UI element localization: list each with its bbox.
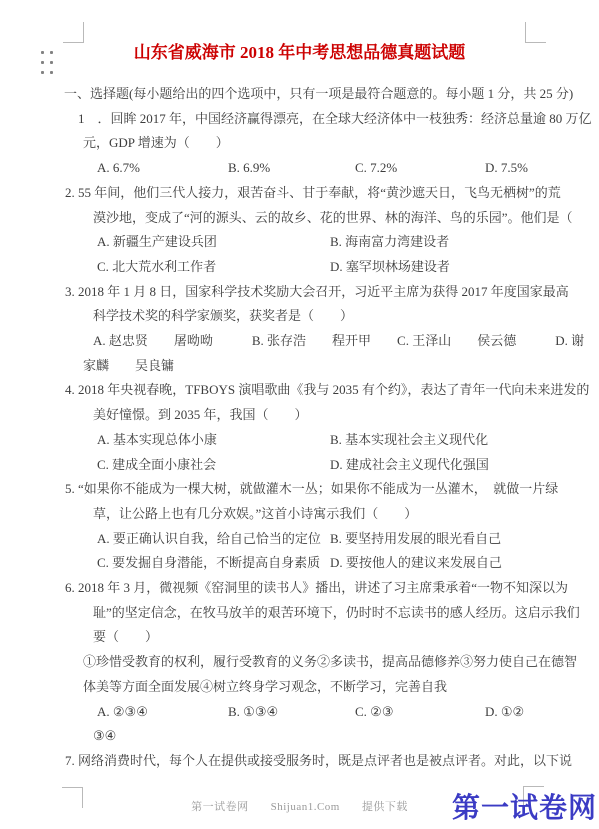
- option-item: D. 7.5%: [485, 156, 528, 181]
- text-line: 4. 2018 年央视春晚，TFBOYS 演唱歌曲《我与 2035 有个约》，表…: [65, 378, 538, 403]
- text-boundary-mark-top-right: [525, 22, 546, 43]
- text-line: 科学技术奖的科学家颁奖，获奖者是（ ）: [93, 304, 538, 329]
- text-line: ③④: [93, 724, 538, 749]
- options-row: A. 基本实现总体小康B. 基本实现社会主义现代化: [97, 428, 538, 453]
- option-item: C. 北大荒水利工作者: [97, 255, 330, 280]
- text-line: 6. 2018 年 3 月，微视频《窑洞里的读书人》播出，讲述了习主席秉承着“一…: [65, 576, 538, 601]
- option-item: C. ②③: [355, 700, 485, 725]
- text-boundary-mark-bottom-left: [62, 787, 83, 808]
- text-line: 美好憧憬。到 2035 年，我国（ ）: [93, 403, 538, 428]
- option-item: B. 海南富力湾建设者: [330, 230, 449, 255]
- option-item: B. ①③④: [228, 700, 355, 725]
- option-item: C. 建成全面小康社会: [97, 453, 330, 478]
- options-row: C. 北大荒水利工作者D. 塞罕坝林场建设者: [97, 255, 538, 280]
- text-line: 体美等方面全面发展④树立终身学习观念，不断学习，完善自我: [83, 675, 538, 700]
- document-page: 山东省威海市 2018 年中考思想品德真题试题 一、选择题(每小题给出的四个选项…: [0, 0, 599, 829]
- footer-site-url[interactable]: Shijuan1.Com: [271, 801, 340, 813]
- option-item: B. 6.9%: [228, 156, 355, 181]
- option-item: A. 要正确认识自我，给自己恰当的定位: [97, 527, 330, 552]
- options-row: A. 要正确认识自我，给自己恰当的定位B. 要坚持用发展的眼光看自己: [97, 527, 538, 552]
- options-row: A. ②③④B. ①③④C. ②③D. ①②: [97, 700, 538, 725]
- option-item: C. 7.2%: [355, 156, 485, 181]
- footer-download-note: 提供下载: [362, 801, 408, 813]
- option-item: D. ①②: [485, 700, 524, 725]
- option-item: A. 基本实现总体小康: [97, 428, 330, 453]
- option-item: B. 基本实现社会主义现代化: [330, 428, 488, 453]
- drag-handle-icon[interactable]: [41, 51, 53, 74]
- text-line: 草，让公路上也有几分欢娱。”这首小诗寓示我们（ ）: [93, 502, 538, 527]
- text-line: 一、选择题(每小题给出的四个选项中，只有一项是最符合题意的。每小题 1 分，共 …: [64, 82, 538, 107]
- text-line: 家麟 吴良镛: [83, 354, 538, 379]
- option-item: A. ②③④: [97, 700, 228, 725]
- option-item: A. 新疆生产建设兵团: [97, 230, 330, 255]
- option-item: C. 要发掘自身潜能，不断提高自身素质: [97, 551, 330, 576]
- options-row: C. 建成全面小康社会D. 建成社会主义现代化强国: [97, 453, 538, 478]
- text-line: 元，GDP 增速为（ ）: [83, 131, 538, 156]
- page-title: 山东省威海市 2018 年中考思想品德真题试题: [0, 42, 599, 64]
- options-row: A. 6.7%B. 6.9%C. 7.2%D. 7.5%: [97, 156, 538, 181]
- text-boundary-mark-top-left: [63, 22, 84, 43]
- options-row: C. 要发掘自身潜能，不断提高自身素质D. 要按他人的建议来发展自己: [97, 551, 538, 576]
- text-line: 漠沙地，变成了“河的源头、云的故乡、花的世界、林的海洋、鸟的乐园”。他们是（ ）: [93, 206, 538, 231]
- text-line: 5. “如果你不能成为一棵大树，就做灌木一丛；如果你不能成为一丛灌木， 就做一片…: [65, 477, 538, 502]
- footer-site-name: 第一试卷网: [191, 801, 249, 813]
- site-logo: 第一试卷网: [452, 786, 597, 826]
- exam-body: 一、选择题(每小题给出的四个选项中，只有一项是最符合题意的。每小题 1 分，共 …: [64, 82, 538, 774]
- option-item: D. 要按他人的建议来发展自己: [330, 551, 502, 576]
- options-row: A. 新疆生产建设兵团B. 海南富力湾建设者: [97, 230, 538, 255]
- option-item: D. 建成社会主义现代化强国: [330, 453, 489, 478]
- text-line: ①珍惜受教育的权利，履行受教育的义务②多读书，提高品德修养③努力使自己在德智: [83, 650, 538, 675]
- text-line: A. 赵忠贤 屠呦呦 B. 张存浩 程开甲 C. 王泽山 侯云德 D. 谢: [93, 329, 538, 354]
- text-line: 2. 55 年间，他们三代人接力，艰苦奋斗、甘于奉献，将“黄沙遮天日，飞鸟无栖树…: [65, 181, 538, 206]
- text-line: 要（ ）: [93, 625, 538, 650]
- option-item: A. 6.7%: [97, 156, 228, 181]
- option-item: B. 要坚持用发展的眼光看自己: [330, 527, 501, 552]
- text-line: 3. 2018 年 1 月 8 日，国家科学技术奖励大会召开，习近平主席为获得 …: [65, 280, 538, 305]
- option-item: D. 塞罕坝林场建设者: [330, 255, 450, 280]
- text-line: 1 ．回眸 2017 年，中国经济赢得漂亮，在全球大经济体中一枝独秀：经济总量逾…: [78, 107, 538, 132]
- text-line: 7. 网络消费时代，每个人在提供或接受服务时，既是点评者也是被点评者。对此，以下…: [65, 749, 538, 774]
- text-line: 耻”的坚定信念，在牧马放羊的艰苦环境下，仍时时不忘读书的感人经历。这启示我们: [93, 601, 538, 626]
